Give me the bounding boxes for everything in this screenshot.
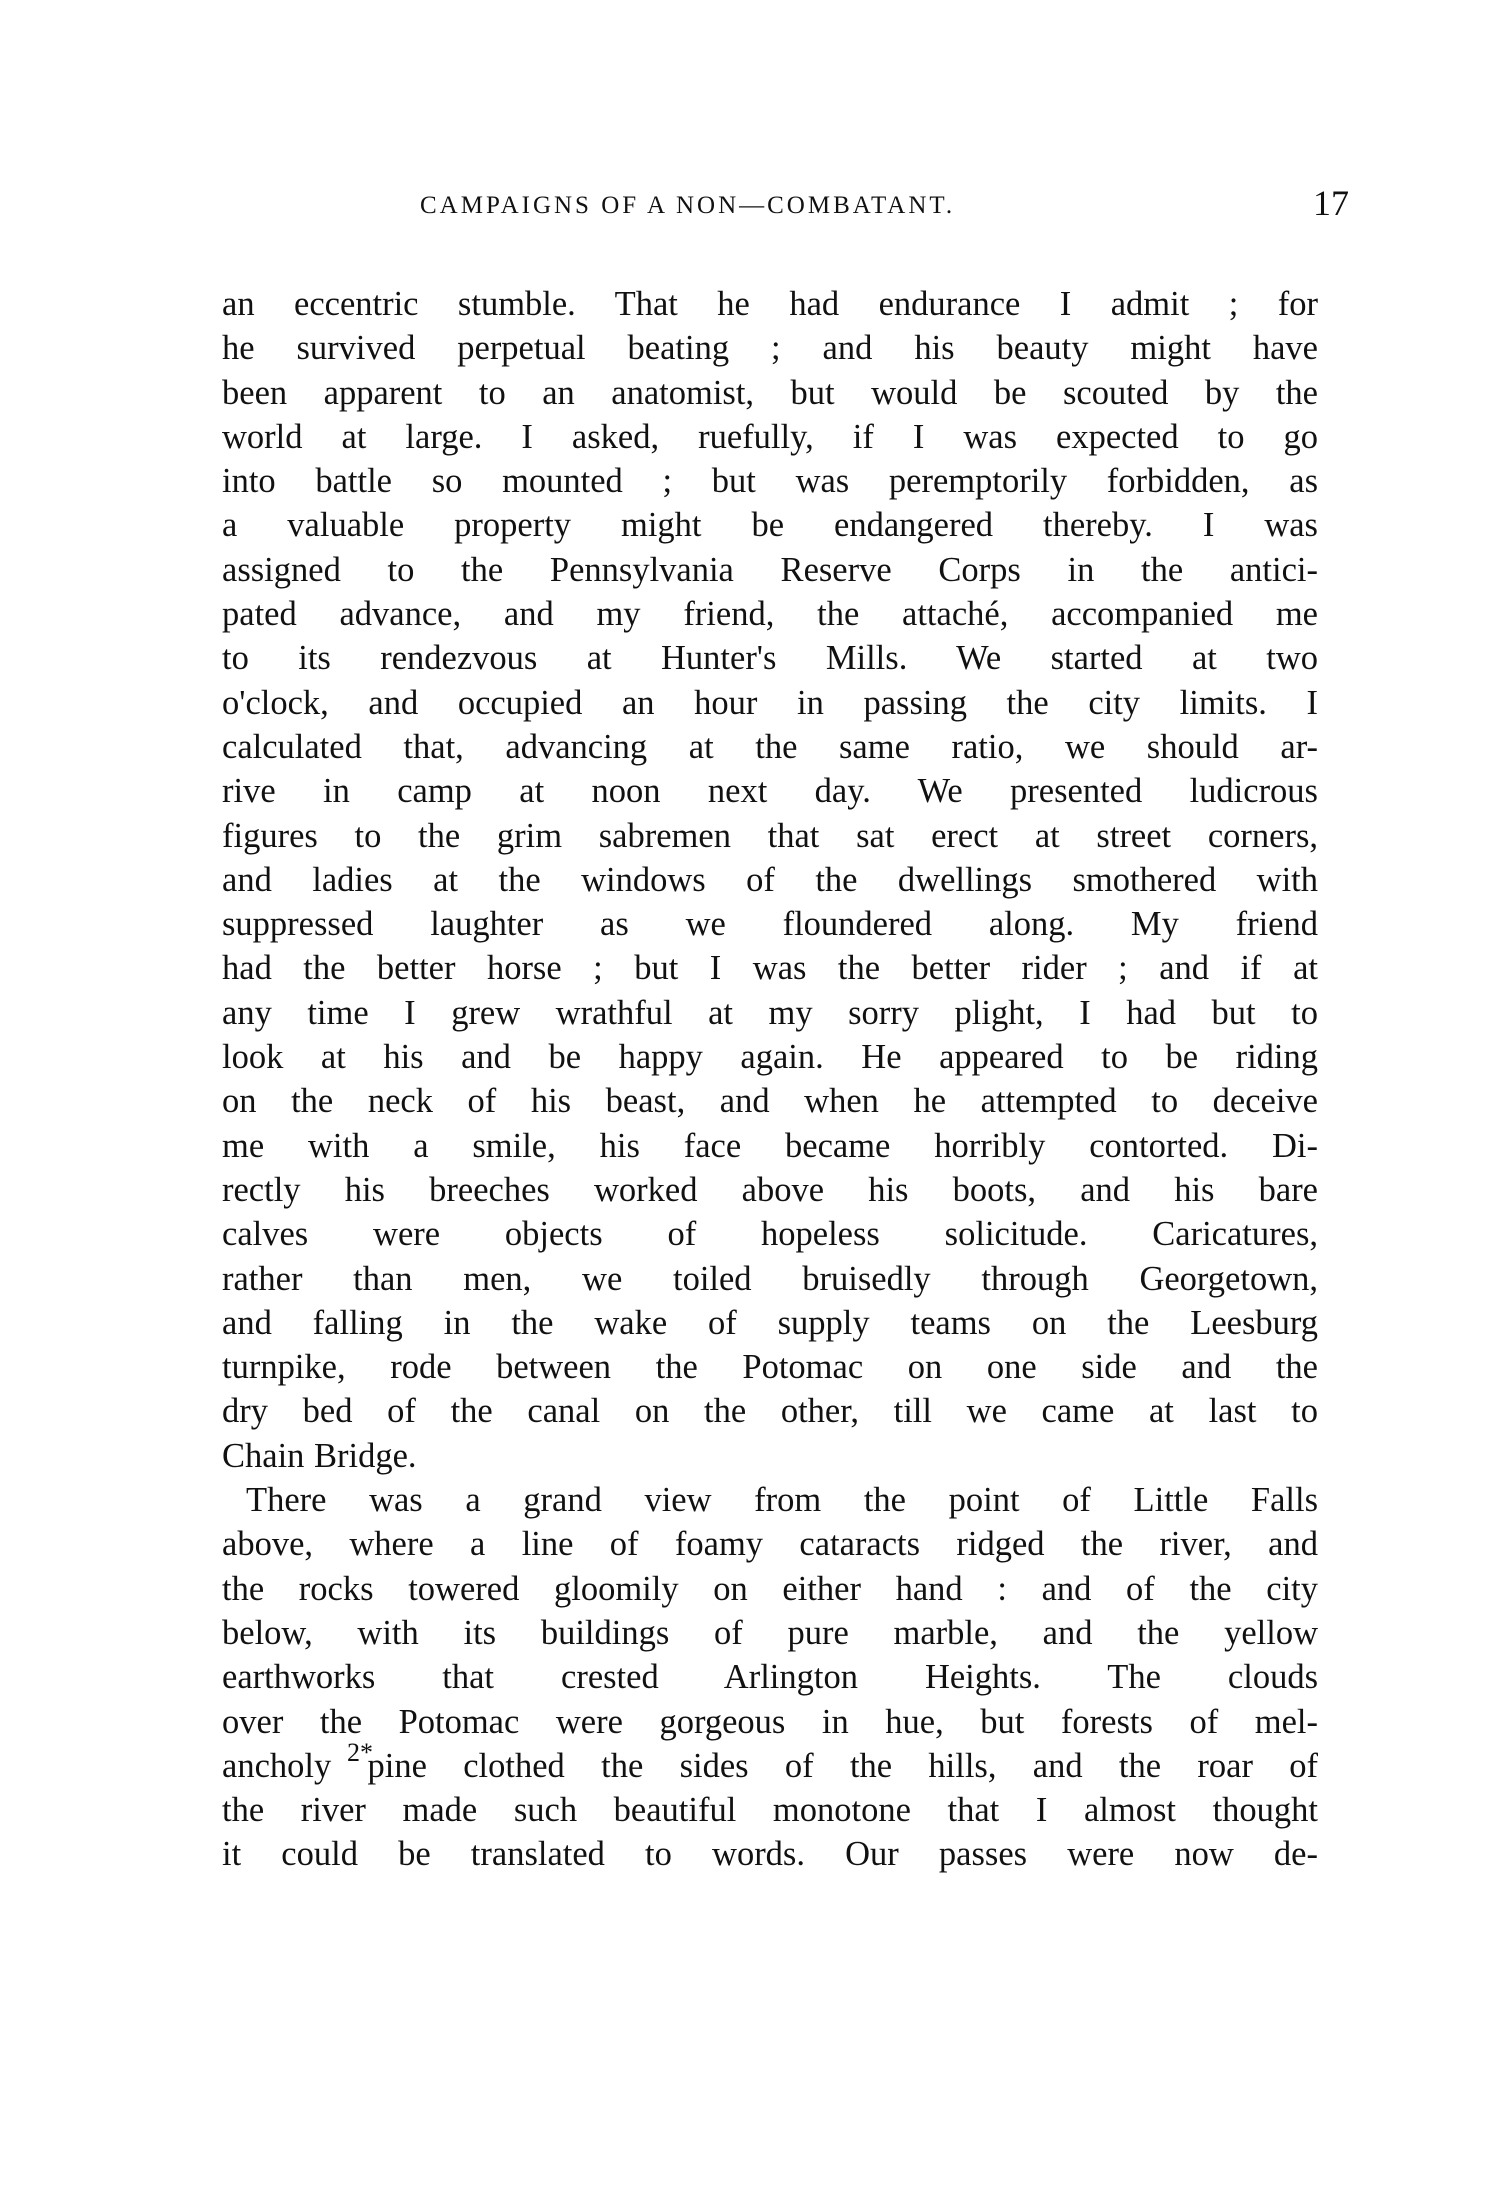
text-line: rather than men, we toiled bruisedly thr… bbox=[222, 1257, 1318, 1301]
text-line: calculated that, advancing at the same r… bbox=[222, 725, 1318, 769]
page-header: CAMPAIGNS OF A NON—COMBATANT. 17 bbox=[420, 186, 1300, 226]
text-line: below, with its buildings of pure marble… bbox=[222, 1611, 1318, 1655]
text-line: had the better horse ; but I was the bet… bbox=[222, 946, 1318, 990]
text-line: dry bed of the canal on the other, till … bbox=[222, 1389, 1318, 1433]
text-line: he survived perpetual beating ; and his … bbox=[222, 326, 1318, 370]
text-line: pated advance, and my friend, the attach… bbox=[222, 592, 1318, 636]
text-line: Chain Bridge. bbox=[222, 1434, 1318, 1478]
text-line: world at large. I asked, ruefully, if I … bbox=[222, 415, 1318, 459]
text-line: a valuable property might be endangered … bbox=[222, 503, 1318, 547]
page-body: an eccentric stumble. That he had endura… bbox=[222, 282, 1318, 1877]
text-line: ancholy pine clothed the sides of the hi… bbox=[222, 1744, 1318, 1788]
text-line: it could be translated to words. Our pas… bbox=[222, 1832, 1318, 1876]
text-line: any time I grew wrathful at my sorry pli… bbox=[222, 991, 1318, 1035]
text-line: rive in camp at noon next day. We presen… bbox=[222, 769, 1318, 813]
text-line: figures to the grim sabremen that sat er… bbox=[222, 814, 1318, 858]
text-line: on the neck of his beast, and when he at… bbox=[222, 1079, 1318, 1123]
running-title: CAMPAIGNS OF A NON—COMBATANT. bbox=[420, 192, 955, 220]
text-line: look at his and be happy again. He appea… bbox=[222, 1035, 1318, 1079]
text-line: and falling in the wake of supply teams … bbox=[222, 1301, 1318, 1345]
text-line: over the Potomac were gorgeous in hue, b… bbox=[222, 1700, 1318, 1744]
text-line: me with a smile, his face became horribl… bbox=[222, 1124, 1318, 1168]
signature-mark: 2* bbox=[347, 1738, 373, 1768]
text-line: o'clock, and occupied an hour in passing… bbox=[222, 681, 1318, 725]
text-line: and ladies at the windows of the dwellin… bbox=[222, 858, 1318, 902]
text-line: the river made such beautiful monotone t… bbox=[222, 1788, 1318, 1832]
text-line: the rocks towered gloomily on either han… bbox=[222, 1567, 1318, 1611]
text-line: earthworks that crested Arlington Height… bbox=[222, 1655, 1318, 1699]
page-number: 17 bbox=[1313, 182, 1349, 224]
text-line: rectly his breeches worked above his boo… bbox=[222, 1168, 1318, 1212]
text-line: an eccentric stumble. That he had endura… bbox=[222, 282, 1318, 326]
text-line: above, where a line of foamy cataracts r… bbox=[222, 1522, 1318, 1566]
text-line: suppressed laughter as we floundered alo… bbox=[222, 902, 1318, 946]
text-line: calves were objects of hopeless solicitu… bbox=[222, 1212, 1318, 1256]
text-line: turnpike, rode between the Potomac on on… bbox=[222, 1345, 1318, 1389]
text-line: into battle so mounted ; but was perempt… bbox=[222, 459, 1318, 503]
text-line: There was a grand view from the point of… bbox=[222, 1478, 1318, 1522]
text-line: been apparent to an anatomist, but would… bbox=[222, 371, 1318, 415]
text-line: to its rendezvous at Hunter's Mills. We … bbox=[222, 636, 1318, 680]
text-line: assigned to the Pennsylvania Reserve Cor… bbox=[222, 548, 1318, 592]
